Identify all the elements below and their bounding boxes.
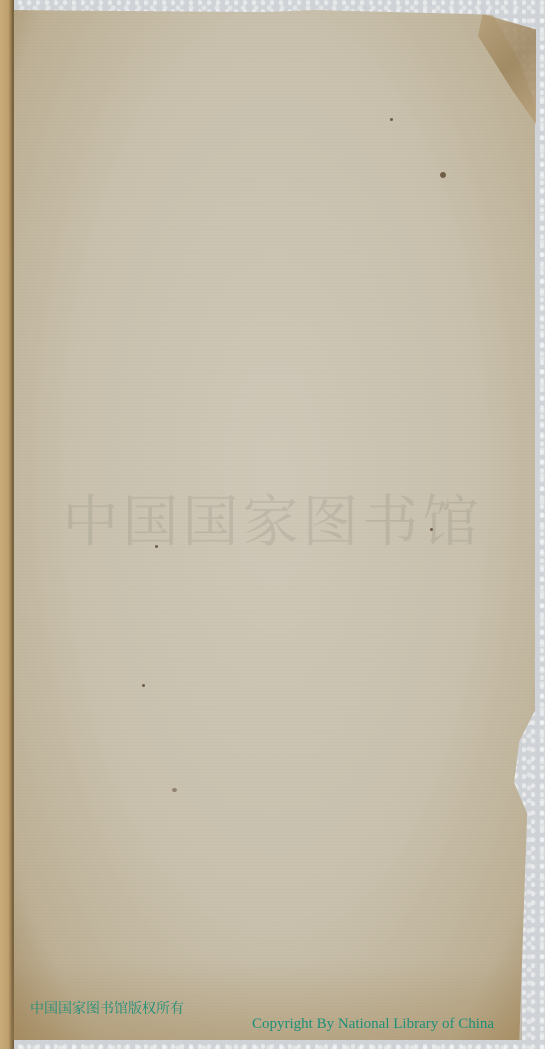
copyright-english: Copyright By National Library of China: [252, 1016, 494, 1033]
paper-speck: [390, 118, 393, 121]
copyright-chinese: 中国国家图书馆版权所有: [30, 998, 184, 1018]
library-watermark: 中国国家图书馆: [0, 478, 545, 558]
paper-speck: [142, 684, 145, 687]
paper-speck: [172, 788, 177, 792]
paper-speck: [440, 172, 446, 178]
